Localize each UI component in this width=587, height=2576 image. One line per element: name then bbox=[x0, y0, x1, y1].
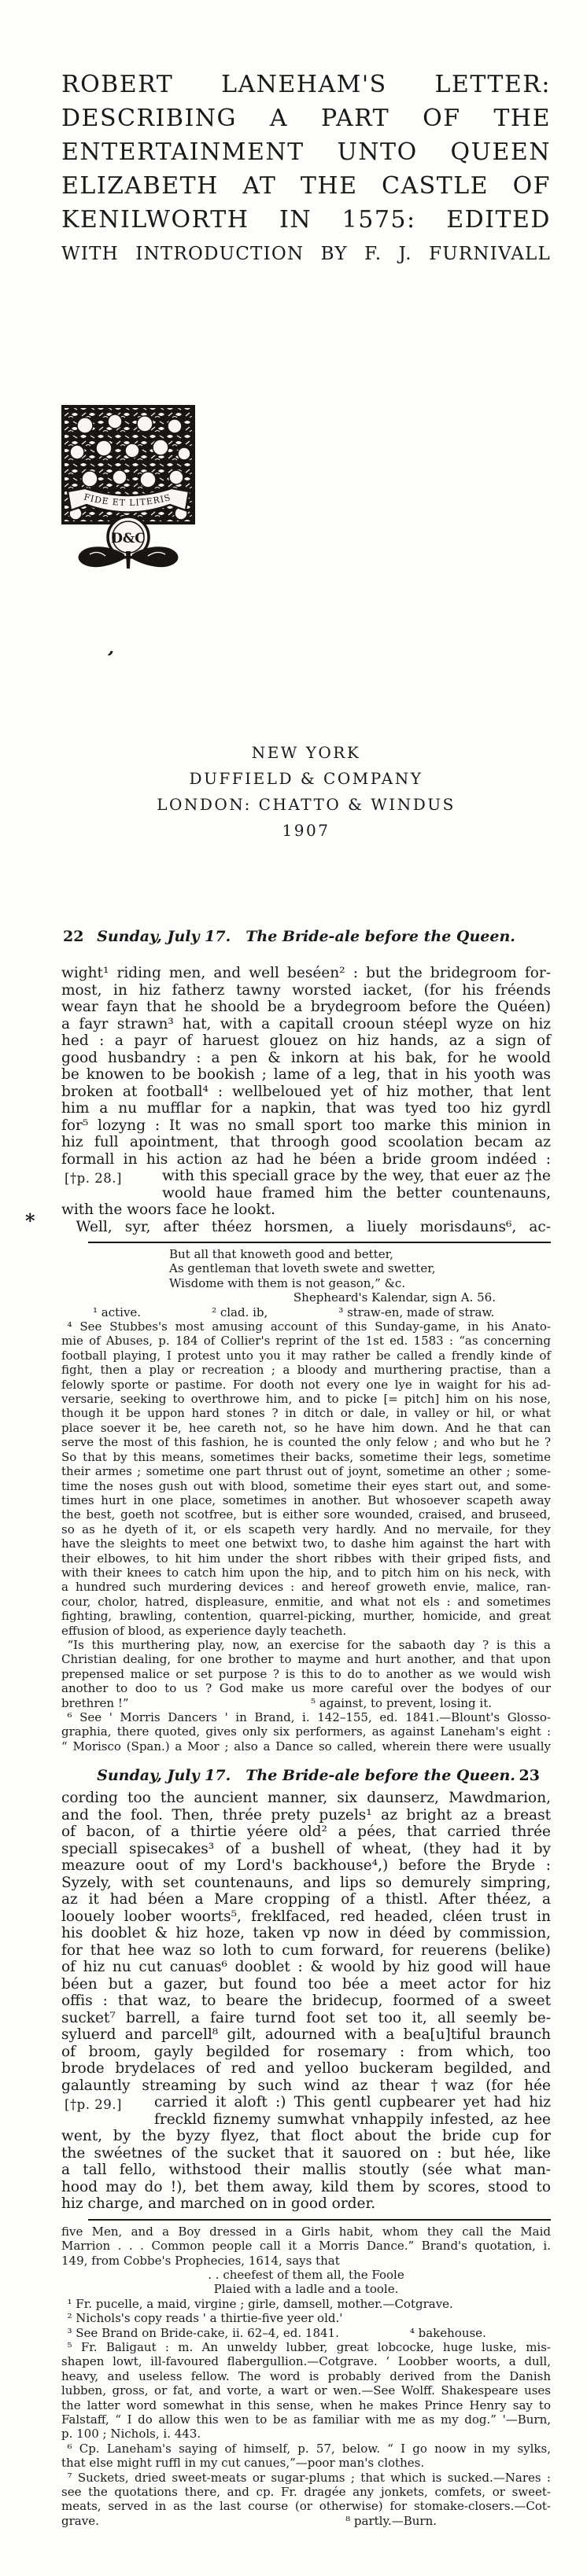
inset-lines: carried it aloft :) This gentl cupbearer… bbox=[154, 2094, 551, 2128]
footnote-line: cour, cholor, hatred, displeasure, enmit… bbox=[61, 1595, 551, 1609]
footnote-line: with their knees to catch him upon the h… bbox=[61, 1566, 551, 1580]
footnote-line: time the noses gush out with blood, some… bbox=[61, 1479, 551, 1493]
inset-lines: with this speciall grace by the wey, tha… bbox=[162, 1168, 551, 1202]
title-line: ELIZABETH AT THE CASTLE OF bbox=[61, 169, 551, 203]
text-line: sucket⁷ barrell, a faire turnd foot set … bbox=[61, 2010, 551, 2027]
text-line: him a nu mufflar for a napkin, that was … bbox=[61, 1100, 551, 1117]
text-line: Well, syr, after théez horsmen, a liuely… bbox=[61, 1219, 551, 1236]
inset-paragraph: [†p. 28.] with this speciall grace by th… bbox=[61, 1168, 551, 1202]
text-line: wear fayn that he shoold be a brydegroom… bbox=[61, 999, 551, 1016]
footnote-line: grave.⁸ partly.—Burn. bbox=[61, 2514, 551, 2528]
after-lines: went, by the byzy flyez, that floct abou… bbox=[61, 2128, 551, 2213]
footnote-line: heavy, and useless fellow. The word is p… bbox=[61, 2369, 551, 2383]
text-line: the swéetnes of the sucket that it sauor… bbox=[61, 2145, 551, 2162]
footnote-line: p. 100 ; Nichols, i. 443. bbox=[61, 2427, 551, 2441]
text-line: brode brydelaces of red and yelloo bucke… bbox=[61, 2060, 551, 2077]
text-line: of bacon, of a thirtie yéere old² a pées… bbox=[61, 1823, 551, 1841]
text-line: of hiz nu cut canuas⁶ dooblet : & woold … bbox=[61, 1959, 551, 1976]
text-line: Syzely, with set countenauns, and lips s… bbox=[61, 1875, 551, 1892]
footnote-line: lubben, gross, or fat, and vorte, a wart… bbox=[61, 2383, 551, 2398]
body-text-continued: went, by the byzy flyez, that floct abou… bbox=[61, 2128, 551, 2213]
footnote-line: another to doo to us ? God make us more … bbox=[61, 1681, 551, 1695]
text-line: good husbandry : a pen & inkorn at his b… bbox=[61, 1050, 551, 1067]
body-text: wight¹ riding men, and well beséen² : bu… bbox=[61, 965, 551, 1168]
text-line: syluerd and parcell⁸ gilt, adourned with… bbox=[61, 2026, 551, 2044]
text-line: loouely loober woorts⁵, freklfaced, red … bbox=[61, 1908, 551, 1926]
footnote-line: versarie, seeking to overthrowe him, and… bbox=[61, 1392, 551, 1406]
footnote-line: brethren !”⁵ against, to prevent, losing… bbox=[61, 1696, 551, 1710]
text-line: meazure oout of my Lord's backhouse⁴,) b… bbox=[61, 1857, 551, 1875]
text-line: with this speciall grace by the wey, tha… bbox=[162, 1168, 551, 1185]
text-line: carried it aloft :) This gentl cupbearer… bbox=[154, 2094, 551, 2111]
footnote-line: ⁷ Suckets, dried sweet-meats or sugar-pl… bbox=[61, 2471, 551, 2485]
footnote-line: serve the most of this fashion, he is co… bbox=[61, 1435, 551, 1449]
footnote-line: their elbowes, to hit him under the shor… bbox=[61, 1551, 551, 1566]
footnote-line: 149, from Cobbe's Prophecies, 1614, says… bbox=[61, 2254, 551, 2268]
footnote-line: times hurt in one place, sometimes in an… bbox=[61, 1493, 551, 1507]
footnote-line: Shepheard's Kalendar, sign A. 56. bbox=[61, 1290, 551, 1305]
book-scan-page: ROBERT LANEHAM'S LETTER: DESCRIBING A PA… bbox=[0, 0, 587, 2576]
page-number: 23 bbox=[519, 1766, 540, 1785]
footnote-line: have the sleights to meet one betwixt tw… bbox=[61, 1536, 551, 1551]
footnote-line: a hundred such murdering devices : and h… bbox=[61, 1580, 551, 1594]
text-line: hiz charge, and marched on in good order… bbox=[61, 2195, 551, 2213]
page-22: 22 Sunday, July 17. The Bride-ale before… bbox=[61, 927, 551, 1754]
footnote-line: ² Nichols's copy reads ' a thirtie-five … bbox=[61, 2311, 551, 2325]
footnote-line: effusion of blood, as experience dayly t… bbox=[61, 1624, 551, 1638]
footnote-line: Plaied with a ladle and a toole. bbox=[61, 2282, 551, 2296]
page-ref-note: [†p. 28.] bbox=[65, 1170, 122, 1187]
book-title: ROBERT LANEHAM'S LETTER: DESCRIBING A PA… bbox=[61, 68, 551, 237]
text-line: woold haue framed him the better counten… bbox=[162, 1185, 551, 1202]
imprint-line: LONDON: CHATTO & WINDUS bbox=[61, 792, 551, 818]
footnote-line: that else might ruffl in my cut canues,”… bbox=[61, 2456, 551, 2470]
footnote-line: fighting, brawling, contention, quarrel-… bbox=[61, 1609, 551, 1623]
text-line: speciall spisecakes³ of a bushell of whe… bbox=[61, 1841, 551, 1858]
title-line: DESCRIBING A PART OF THE bbox=[61, 101, 551, 135]
text-line: with the woors face he lookt. bbox=[61, 1202, 551, 1219]
footnote-line: shapen lowt, ill-favoured flabergullion.… bbox=[61, 2354, 551, 2368]
title-line: KENILWORTH IN 1575: EDITED bbox=[61, 203, 551, 237]
footnote-line: . . cheefest of them all, the Foole bbox=[61, 2268, 551, 2282]
footnote-line: ⁶ Cp. Laneham's saying of himself, p. 57… bbox=[61, 2442, 551, 2456]
footnote-line: ³ See Brand on Bride-cake, ii. 62–4, ed.… bbox=[61, 2326, 551, 2340]
text-line: for that hee waz so loth to cum forward,… bbox=[61, 1942, 551, 1960]
footnote-line: felowly sporte or pastime. For dooth not… bbox=[61, 1378, 551, 1392]
text-line: galauntly streaming by such wind az thea… bbox=[61, 2077, 551, 2095]
page-23: Sunday, July 17. The Bride-ale before th… bbox=[61, 1766, 551, 2528]
text-line: for⁵ lozyng : It was no small sport too … bbox=[61, 1117, 551, 1135]
footnote-line: mie of Abuses, p. 184 of Collier's repri… bbox=[61, 1334, 551, 1348]
monogram-text: D&C bbox=[111, 531, 146, 546]
text-line: hiz full apointment, that throogh good s… bbox=[61, 1134, 551, 1151]
title-line: ROBERT LANEHAM'S LETTER: bbox=[61, 68, 551, 101]
footnotes-22: But all that knoweth good and better, As… bbox=[61, 1247, 551, 1754]
text-column: ROBERT LANEHAM'S LETTER: DESCRIBING A PA… bbox=[61, 0, 551, 2528]
footnote-line: place soever it be, hee careth not, so h… bbox=[61, 1421, 551, 1435]
footnote-line: though it be uppon hard stones ? in ditc… bbox=[61, 1406, 551, 1420]
footnotes-23: five Men, and a Boy dressed in a Girls h… bbox=[61, 2225, 551, 2529]
footnote-line: ⁴ See Stubbes's most amusing account of … bbox=[61, 1319, 551, 1334]
footnote-line: fight, then a play or recreation ; a blo… bbox=[61, 1363, 551, 1377]
text-line: formall in his action az had he béen a b… bbox=[61, 1151, 551, 1168]
text-line: went, by the byzy flyez, that floct abou… bbox=[61, 2128, 551, 2145]
text-line: offis : that waz, to beare the bridecup,… bbox=[61, 1993, 551, 2010]
imprint-line: 1907 bbox=[61, 818, 551, 844]
title-page: ROBERT LANEHAM'S LETTER: DESCRIBING A PA… bbox=[61, 0, 551, 844]
publisher-device: FIDE ET LITERIS D&C bbox=[61, 405, 195, 570]
inset-paragraph: [†p. 29.] carried it aloft :) This gentl… bbox=[61, 2094, 551, 2128]
running-head-23: Sunday, July 17. The Bride-ale before th… bbox=[61, 1766, 551, 1785]
footnote-line: so as he dyeth of it, or els scapeth ver… bbox=[61, 1522, 551, 1536]
text-line: freckld fiznemy sumwhat vnhappily infest… bbox=[154, 2111, 551, 2129]
footnote-line: “ Morisco (Span.) a Moor ; also a Dance … bbox=[61, 1739, 551, 1754]
body-text-continued: * with the woors face he lookt. Well, sy… bbox=[61, 1202, 551, 1235]
footnote-line: As gentleman that loveth swete and swett… bbox=[61, 1261, 551, 1275]
footnote-line: the best, goeth not scotfree, but is eit… bbox=[61, 1507, 551, 1522]
text-line: broken at football⁴ : wellbeloued yet of… bbox=[61, 1084, 551, 1101]
footnote-line: their armes ; sometime one part thrust o… bbox=[61, 1464, 551, 1478]
footnote-line: meats, served in as the last course (or … bbox=[61, 2499, 551, 2513]
footnote-line: Falstaff, “ I do allow this wen to be as… bbox=[61, 2412, 551, 2427]
footnote-line: ¹ Fr. pucelle, a maid, virgine ; girle, … bbox=[61, 2297, 551, 2311]
text-line: most, in hiz fatherz tawny worsted iacke… bbox=[61, 982, 551, 999]
running-head-22: 22 Sunday, July 17. The Bride-ale before… bbox=[61, 927, 551, 946]
imprint-line: DUFFIELD & COMPANY bbox=[61, 766, 551, 792]
footnote-rule bbox=[88, 2219, 551, 2221]
text-line: cording too the auncient manner, six dau… bbox=[61, 1790, 551, 1807]
body-text: cording too the auncient manner, six dau… bbox=[61, 1790, 551, 2094]
imprint: NEW YORK DUFFIELD & COMPANY LONDON: CHAT… bbox=[61, 740, 551, 844]
footnote-line: graphia, there quoted, gives only six pe… bbox=[61, 1724, 551, 1739]
footnote-line: “Is this murthering play, now, an exerci… bbox=[61, 1638, 551, 1652]
after-lines: with the woors face he lookt. Well, syr,… bbox=[61, 1202, 551, 1235]
text-line: his dooblet & hiz hoze, taken vp now in … bbox=[61, 1925, 551, 1942]
footnote-line: Wisdome with them is not geason,” &c. bbox=[61, 1276, 551, 1290]
text-line: hed : a payr of haruest glouez on hiz ha… bbox=[61, 1032, 551, 1050]
text-line: az it had béen a Mare cropping of a this… bbox=[61, 1891, 551, 1908]
text-line: béen but a gazer, but found too bée a me… bbox=[61, 1976, 551, 1993]
margin-asterisk: * bbox=[25, 1213, 35, 1230]
running-head-text: Sunday, July 17. The Bride-ale before th… bbox=[61, 1766, 551, 1785]
text-line: and the fool. Then, thrée prety puzels¹ … bbox=[61, 1807, 551, 1824]
title-line: ENTERTAINMENT UNTO QUEEN bbox=[61, 135, 551, 169]
page-number: 22 bbox=[63, 927, 83, 946]
footnote-line: ¹ active. ² clad. ib, ³ straw-en, made o… bbox=[61, 1305, 551, 1319]
footnote-line: But all that knoweth good and better, bbox=[61, 1247, 551, 1261]
footnote-line: ⁶ See ' Morris Dancers ' in Brand, i. 14… bbox=[61, 1710, 551, 1724]
footnote-line: Christian dealing, for one brother to ma… bbox=[61, 1652, 551, 1666]
text-line: wight¹ riding men, and well beséen² : bu… bbox=[61, 965, 551, 982]
footnote-line: five Men, and a Boy dressed in a Girls h… bbox=[61, 2225, 551, 2239]
footnote-line: ⁵ Fr. Baligaut : m. An unweldy lubber, g… bbox=[61, 2340, 551, 2354]
footnote-line: see the quotations there, and cp. Fr. dr… bbox=[61, 2485, 551, 2499]
book-subtitle: WITH INTRODUCTION BY F. J. FURNIVALL bbox=[61, 237, 551, 271]
text-line: a tall fello, withstood their mallis sto… bbox=[61, 2162, 551, 2179]
footnote-line: football playing, I protest unto you it … bbox=[61, 1349, 551, 1363]
text-line: hood may do !), bet them away, kild them… bbox=[61, 2179, 551, 2196]
footnote-line: the latter word somewhat in this sense, … bbox=[61, 2398, 551, 2412]
text-line: a fayr strawn³ hat, with a capitall croo… bbox=[61, 1016, 551, 1033]
page-ref-note: [†p. 29.] bbox=[65, 2096, 122, 2114]
text-line: be knowen to be bookish ; lame of a leg,… bbox=[61, 1066, 551, 1084]
footnote-line: prepensed malice or set purpose ? is thi… bbox=[61, 1667, 551, 1681]
text-line: of broom, gayly begilded for rosemary : … bbox=[61, 2044, 551, 2061]
footnote-line: Marrion . . . Common people call it a Mo… bbox=[61, 2239, 551, 2253]
footnote-rule bbox=[88, 1242, 551, 1243]
imprint-line: NEW YORK bbox=[61, 740, 551, 766]
running-head-text: Sunday, July 17. The Bride-ale before th… bbox=[61, 927, 551, 946]
footnote-line: So that by this means, sometimes their b… bbox=[61, 1450, 551, 1464]
